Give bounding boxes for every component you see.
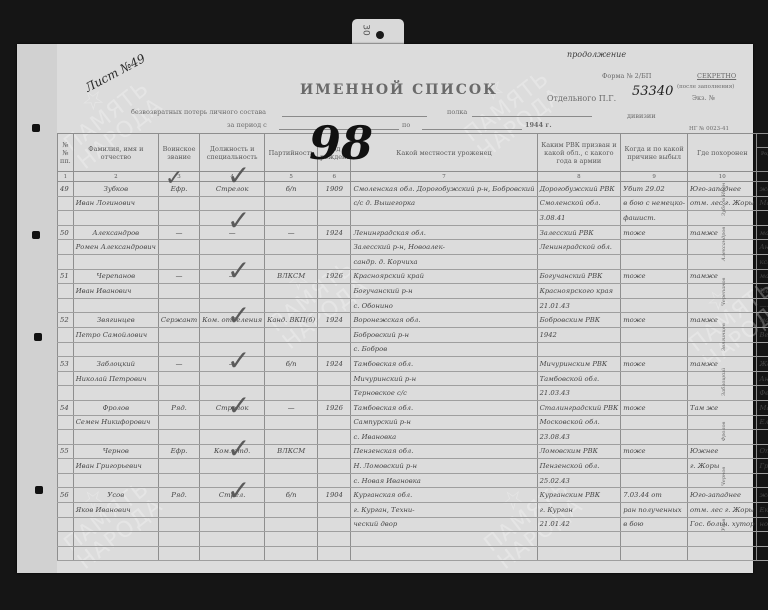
- checkmark-icon: ✓: [227, 204, 250, 237]
- cell-name-block: [73, 386, 158, 401]
- cell-born: [318, 327, 351, 342]
- cell-relative: [757, 430, 768, 445]
- cell-when: фашист.: [621, 211, 688, 226]
- col-header: Когда и по какой причине выбыл: [621, 134, 688, 172]
- cell-when: тоже: [621, 357, 688, 372]
- cell-name-block: [73, 517, 158, 532]
- margin-note: Чернов: [721, 444, 727, 486]
- col-number: 2: [73, 172, 158, 182]
- cell-born: [318, 503, 351, 518]
- cell-born: [318, 415, 351, 430]
- margin-notes: Зубков Иван Александров Черепанов Звягин…: [721, 174, 749, 534]
- cell-draft: Богучанский РВК: [537, 269, 621, 284]
- cell-when: тоже: [621, 313, 688, 328]
- checkmark-icon: ✓: [227, 159, 250, 192]
- cell-relative: мать Звягинцева: [757, 313, 768, 328]
- cell-rank: [158, 371, 199, 386]
- cell-born: [318, 196, 351, 211]
- cell-rank: [158, 284, 199, 299]
- col-number: 7: [351, 172, 537, 182]
- regiment-label: полка: [447, 108, 467, 116]
- cell-rank: [158, 430, 199, 445]
- cell-name-block: Фролов: [73, 400, 158, 415]
- empty-cell: [73, 546, 158, 561]
- cell-rank: [158, 503, 199, 518]
- empty-row: [58, 546, 768, 561]
- cell-rank: —: [158, 225, 199, 240]
- table-row-continuation: Ромен АлександровичЗалесский р-н, Новоал…: [58, 240, 768, 255]
- checkmark-icon: ✓: [227, 299, 250, 332]
- cell-origin: Н. Ломовский р-н: [351, 459, 537, 474]
- cell-origin: сандр. д. Корчиха: [351, 254, 537, 269]
- cell-relative: Жена Заблоцкая: [757, 357, 768, 372]
- cell-party: [265, 459, 318, 474]
- cell-when: в бою: [621, 517, 688, 532]
- cell-draft: Ломовским РВК: [537, 444, 621, 459]
- fill-line: [422, 129, 522, 130]
- cell-origin: Пензенская обл.: [351, 444, 537, 459]
- cell-when: ран полученных: [621, 503, 688, 518]
- table-row: 55ЧерновЕфр.Ком. отд.ВЛКСМПензенская обл…: [58, 444, 768, 459]
- cell-when: [621, 386, 688, 401]
- cell-origin: Смоленская обл. Дорогобужский р-н, Бобро…: [351, 182, 537, 197]
- cell-n: [58, 327, 74, 342]
- margin-note: Заблоцкий: [721, 354, 727, 396]
- cell-rank: [158, 459, 199, 474]
- table-row-continuation: Николай ПетровичМичуринский р-нТамбовско…: [58, 371, 768, 386]
- cell-party: [265, 284, 318, 299]
- table-row-continuation: с. Ивановка23.08.43д. 37 кв. 6: [58, 430, 768, 445]
- margin-note: Усов: [721, 489, 727, 531]
- margin-note: Александров: [721, 219, 727, 261]
- empty-cell: [158, 546, 199, 561]
- col-header: Родственники (отчество, фамилия, имя и о…: [757, 148, 768, 171]
- cell-born: [318, 211, 351, 226]
- table-row: 56УсовРяд.Стрел.б/п1904Курганская обл.Ку…: [58, 488, 768, 503]
- cell-origin: [351, 211, 537, 226]
- table-row-continuation: Иван ГригорьевичН. Ломовский р-нПензенск…: [58, 459, 768, 474]
- cell-draft: Московской обл.: [537, 415, 621, 430]
- cell-n: [58, 517, 74, 532]
- cell-born: [318, 459, 351, 474]
- cell-born: [318, 298, 351, 313]
- cell-name-block: Иван Григорьевич: [73, 459, 158, 474]
- table-row-continuation: Терновское с/с21.03.43ФедоровнаТерновско…: [58, 386, 768, 401]
- cell-draft: Сталинградский РВК: [537, 400, 621, 415]
- cell-when: тоже: [621, 444, 688, 459]
- empty-cell: [757, 546, 768, 561]
- empty-cell: [757, 532, 768, 547]
- cell-origin: Бобровский р-н: [351, 327, 537, 342]
- empty-cell: [351, 546, 537, 561]
- cell-relative: жена Зубкова: [757, 182, 768, 197]
- cell-party: [265, 473, 318, 488]
- cell-draft: Пензенской обл.: [537, 459, 621, 474]
- cell-rank: Сержант: [158, 313, 199, 328]
- division-label: дивизии: [627, 112, 656, 120]
- cell-relative: Федоровна: [757, 386, 768, 401]
- year-label: 1944 г.: [525, 121, 552, 129]
- table-row-continuation: Семен НикифоровичСампурский р-нМосковско…: [58, 415, 768, 430]
- cell-born: [318, 430, 351, 445]
- table-row-continuation: 3.08.41фашист.д. Вышегорка: [58, 211, 768, 226]
- margin-note: Звягинцев: [721, 309, 727, 351]
- cell-when: [621, 473, 688, 488]
- empty-cell: [265, 532, 318, 547]
- cell-origin: с. Бобров: [351, 342, 537, 357]
- cell-born: [318, 386, 351, 401]
- table-row: 53Заблоцкий——б/п1924Тамбовская обл.Мичур…: [58, 357, 768, 372]
- cell-relative: жена Усова: [757, 488, 768, 503]
- cell-party: [265, 327, 318, 342]
- cell-born: 1909: [318, 182, 351, 197]
- table-row-continuation: ческий двор21.01.42в боюГос. больн. хуто…: [58, 517, 768, 532]
- empty-cell: [537, 532, 621, 547]
- cell-born: [318, 342, 351, 357]
- cell-name-block: [73, 473, 158, 488]
- cell-relative: ксандровна: [757, 254, 768, 269]
- cell-party: [265, 240, 318, 255]
- empty-cell: [73, 532, 158, 547]
- cell-n: [58, 459, 74, 474]
- cell-origin: г. Курган, Техни-: [351, 503, 537, 518]
- cell-rank: Ряд.: [158, 488, 199, 503]
- cell-relative: Григорий Иванович: [757, 459, 768, 474]
- checkmark-icon: ✓: [165, 166, 183, 191]
- cell-when: [621, 254, 688, 269]
- cell-relative: [757, 211, 768, 226]
- cell-draft: Ленинградской обл.: [537, 240, 621, 255]
- col-header: Фамилия, имя и отчество: [73, 134, 158, 172]
- cell-draft: Смоленской обл.: [537, 196, 621, 211]
- empty-cell: [158, 532, 199, 547]
- punch-hole: [376, 31, 384, 39]
- cell-draft: 1942: [537, 327, 621, 342]
- table-row-continuation: Иван ИвановичБогучанский р-нКрасноярског…: [58, 284, 768, 299]
- empty-cell: [200, 532, 265, 547]
- cell-rank: [158, 196, 199, 211]
- cell-born: 1924: [318, 357, 351, 372]
- cell-name-block: [73, 342, 158, 357]
- cell-n: [58, 473, 74, 488]
- cell-origin: Богучанский р-н: [351, 284, 537, 299]
- cell-origin: Ленинградская обл.: [351, 225, 537, 240]
- cell-rank: [158, 473, 199, 488]
- empty-row: [58, 532, 768, 547]
- cell-relative: Мария Логиновна: [757, 196, 768, 211]
- cell-draft: Мичуринским РВК: [537, 357, 621, 372]
- cell-origin: Воронежская обл.: [351, 313, 537, 328]
- cell-n: [58, 503, 74, 518]
- cell-n: [58, 386, 74, 401]
- col-number: 8: [537, 172, 621, 182]
- cell-relative: Елена Андреевна: [757, 415, 768, 430]
- col-header: Каким РВК призван и какой обл., с какого…: [537, 134, 621, 172]
- table-row-continuation: Петро СамойловичБобровский р-н1942Вера С…: [58, 327, 768, 342]
- cell-n: [58, 211, 74, 226]
- cell-born: 1924: [318, 225, 351, 240]
- cell-origin: Тамбовская обл.: [351, 400, 537, 415]
- punch-mark: [34, 333, 42, 341]
- margin-note: Фролов: [721, 399, 727, 441]
- cell-draft: Курганским РВК: [537, 488, 621, 503]
- cell-rank: —: [158, 357, 199, 372]
- cell-born: [318, 254, 351, 269]
- sheet-number-note: Лист №49: [83, 51, 148, 94]
- cell-position: [200, 517, 265, 532]
- table-row: 50Александров———1924Ленинградская обл.За…: [58, 225, 768, 240]
- table-row: 51Черепанов——ВЛКСМ1926Красноярский крайБ…: [58, 269, 768, 284]
- copy-label: Экз. №: [692, 94, 715, 102]
- cell-rank: [158, 211, 199, 226]
- checkmark-icon: ✓: [227, 254, 250, 287]
- cell-draft: [537, 254, 621, 269]
- tab-number: 30: [361, 24, 371, 35]
- cell-party: [265, 371, 318, 386]
- table-row-continuation: с. Бобровс. Бобров: [58, 342, 768, 357]
- cell-name-block: [73, 254, 158, 269]
- cell-name-block: Николай Петрович: [73, 371, 158, 386]
- cell-origin: с. Ивановка: [351, 430, 537, 445]
- group-header-label: БЛИЖАЙШИЕ РОДСТВЕННИКИ: [757, 134, 768, 148]
- cell-party: [265, 196, 318, 211]
- cell-n: 49: [58, 182, 74, 197]
- cell-name-block: Иван Иванович: [73, 284, 158, 299]
- cell-name-block: Петро Самойлович: [73, 327, 158, 342]
- cell-party: [265, 342, 318, 357]
- cell-when: тоже: [621, 269, 688, 284]
- cell-n: [58, 196, 74, 211]
- cell-when: в бою с немецко-: [621, 196, 688, 211]
- cell-when: тоже: [621, 225, 688, 240]
- cell-when: [621, 459, 688, 474]
- fill-line: [472, 116, 592, 117]
- cell-relative: Отец Чернов: [757, 444, 768, 459]
- cell-name-block: [73, 298, 158, 313]
- table-row-continuation: сандр. д. Корчихаксандровнасандр. д. Кор…: [58, 254, 768, 269]
- cell-when: [621, 327, 688, 342]
- cell-draft: Красноярского края: [537, 284, 621, 299]
- cell-born: [318, 371, 351, 386]
- cell-relative: ——: [757, 298, 768, 313]
- document-title: ИМЕННОЙ СПИСОК: [300, 82, 498, 98]
- cell-when: [621, 430, 688, 445]
- cell-n: [58, 298, 74, 313]
- cell-rank: [158, 254, 199, 269]
- cell-party: [265, 211, 318, 226]
- cell-party: —: [265, 400, 318, 415]
- cell-name-block: [73, 430, 158, 445]
- cell-n: [58, 342, 74, 357]
- table-row: 52ЗвягинцевСержантКом. отделенияКанд. ВК…: [58, 313, 768, 328]
- cell-when: [621, 298, 688, 313]
- cell-when: [621, 240, 688, 255]
- unit-number: 53340: [632, 84, 673, 99]
- cell-name-block: Семен Никифорович: [73, 415, 158, 430]
- cell-party: —: [265, 225, 318, 240]
- cell-position: [200, 240, 265, 255]
- cell-origin: с. Обонино: [351, 298, 537, 313]
- cell-name-block: Зубков: [73, 182, 158, 197]
- document-page: ☆ПАМЯТЬНАРОДА ☆ПАМЯТЬНАРОДА ☆ПАМЯТЬНАРОД…: [17, 44, 753, 573]
- period-from-label: за период с: [227, 121, 267, 129]
- cell-n: 51: [58, 269, 74, 284]
- subtitle-losses: безвозвратных потерь личного состава: [131, 108, 266, 116]
- cell-born: [318, 517, 351, 532]
- cell-n: 52: [58, 313, 74, 328]
- cell-born: 1904: [318, 488, 351, 503]
- form-label: Форма № 2/БП: [602, 72, 651, 80]
- cell-born: [318, 284, 351, 299]
- cell-name-block: Черепанов: [73, 269, 158, 284]
- cell-party: [265, 254, 318, 269]
- cell-origin: Терновское с/с: [351, 386, 537, 401]
- cell-party: [265, 430, 318, 445]
- punch-mark: [32, 231, 40, 239]
- cell-relative: мать Черепанова: [757, 269, 768, 284]
- cell-relative: новна: [757, 517, 768, 532]
- cell-name-block: Александров: [73, 225, 158, 240]
- cell-rank: —: [158, 269, 199, 284]
- punch-mark: [35, 486, 43, 494]
- cell-draft: Тамбовской обл.: [537, 371, 621, 386]
- empty-cell: [351, 532, 537, 547]
- cell-relative: Екатерина Ива-: [757, 503, 768, 518]
- cell-relative: [757, 342, 768, 357]
- col-number: 1: [58, 172, 74, 182]
- empty-cell: [688, 546, 757, 561]
- cell-when: 7.03.44 от: [621, 488, 688, 503]
- cell-rank: [158, 240, 199, 255]
- cell-rank: Ефр.: [158, 444, 199, 459]
- cell-when: тоже: [621, 400, 688, 415]
- relatives-group-header: БЛИЖАЙШИЕ РОДСТВЕННИКИ Родственники (отч…: [757, 134, 768, 172]
- checkmark-icon: ✓: [227, 389, 250, 422]
- cell-draft: [537, 342, 621, 357]
- cell-rank: Ряд.: [158, 400, 199, 415]
- cell-origin: ческий двор: [351, 517, 537, 532]
- margin-note: Зубков Иван: [721, 174, 727, 216]
- empty-cell: [58, 546, 74, 561]
- cell-draft: г. Курган: [537, 503, 621, 518]
- cell-relative: Мать Фролова: [757, 400, 768, 415]
- order-ref: НГ № 0023-41: [689, 126, 729, 132]
- cell-origin: с/с д. Вышегорка: [351, 196, 537, 211]
- cell-party: Канд. ВКП(б): [265, 313, 318, 328]
- cell-draft: 3.08.41: [537, 211, 621, 226]
- cell-draft: Бобровским РВК: [537, 313, 621, 328]
- empty-cell: [621, 532, 688, 547]
- col-number: 5: [265, 172, 318, 182]
- cell-rank: [158, 386, 199, 401]
- cell-draft: Залесский РВК: [537, 225, 621, 240]
- cell-n: [58, 415, 74, 430]
- cell-origin: Тамбовская обл.: [351, 357, 537, 372]
- col-number: 6: [318, 172, 351, 182]
- cell-relative: Ивд. Никитична: [757, 284, 768, 299]
- table-row-continuation: с. Новая Ивановка25.02.43с. Новая Иванов…: [58, 473, 768, 488]
- col-number: 11: [757, 172, 768, 182]
- cell-relative: Ан. Александровна Але-: [757, 240, 768, 255]
- cell-rank: [158, 342, 199, 357]
- cell-born: 1926: [318, 400, 351, 415]
- cell-rank: [158, 517, 199, 532]
- cell-party: б/п: [265, 488, 318, 503]
- cell-when: [621, 415, 688, 430]
- cell-name-block: Звягинцев: [73, 313, 158, 328]
- table-row: 54ФроловРяд.Стрелок—1926Тамбовская обл.С…: [58, 400, 768, 415]
- cell-draft: 21.01.42: [537, 517, 621, 532]
- cell-when: [621, 284, 688, 299]
- cell-name-block: Иван Логинович: [73, 196, 158, 211]
- cell-name-block: Чернов: [73, 444, 158, 459]
- cell-relative: мать Александрова: [757, 225, 768, 240]
- cell-origin: с. Новая Ивановка: [351, 473, 537, 488]
- cell-draft: 25.02.43: [537, 473, 621, 488]
- continuation-note: продолжение: [567, 50, 626, 59]
- checkmark-icon: ✓: [227, 432, 250, 465]
- table-row-continuation: Иван Логиновичс/с д. ВышегоркаСмоленской…: [58, 196, 768, 211]
- cell-n: [58, 371, 74, 386]
- margin-note: Черепанов: [721, 264, 727, 306]
- punch-mark: [32, 124, 40, 132]
- cell-n: [58, 254, 74, 269]
- cell-n: 53: [58, 357, 74, 372]
- empty-cell: [621, 546, 688, 561]
- cell-name-block: [73, 211, 158, 226]
- cell-party: [265, 386, 318, 401]
- cell-party: б/п: [265, 357, 318, 372]
- cell-n: 56: [58, 488, 74, 503]
- cell-name-block: Ромен Александрович: [73, 240, 158, 255]
- table-row-continuation: с. Обонино21.01.43——с. Обонино: [58, 298, 768, 313]
- secret-label: СЕКРЕТНО: [697, 72, 736, 80]
- cell-when: [621, 371, 688, 386]
- cell-draft: 21.01.43: [537, 298, 621, 313]
- unit-type: Отдельного П.Г.: [547, 94, 616, 103]
- cell-origin: Мичуринский р-н: [351, 371, 537, 386]
- cell-n: [58, 284, 74, 299]
- cell-origin: Сампурский р-н: [351, 415, 537, 430]
- cell-party: [265, 415, 318, 430]
- col-header: Где похоронен: [688, 134, 757, 172]
- cell-party: [265, 503, 318, 518]
- cell-n: [58, 430, 74, 445]
- empty-cell: [58, 532, 74, 547]
- cell-origin: Залесский р-н, Новоалек-: [351, 240, 537, 255]
- col-header: №№ пп.: [58, 134, 74, 172]
- big-handwritten-mark: 98: [309, 116, 373, 170]
- period-to-label: по: [402, 121, 410, 129]
- cell-party: [265, 298, 318, 313]
- cell-party: ВЛКСМ: [265, 444, 318, 459]
- cell-rank: [158, 298, 199, 313]
- cell-party: ВЛКСМ: [265, 269, 318, 284]
- cell-name-block: Усов: [73, 488, 158, 503]
- cell-draft: 23.08.43: [537, 430, 621, 445]
- col-number: 9: [621, 172, 688, 182]
- checkmark-icon: ✓: [227, 474, 250, 507]
- cell-draft: Дорогобужский РВК: [537, 182, 621, 197]
- table-row-continuation: Яков Ивановичг. Курган, Техни-г. Курганр…: [58, 503, 768, 518]
- cell-n: 55: [58, 444, 74, 459]
- cell-n: 50: [58, 225, 74, 240]
- cell-party: [265, 517, 318, 532]
- cell-origin: Красноярский край: [351, 269, 537, 284]
- cell-n: [58, 240, 74, 255]
- cell-born: [318, 444, 351, 459]
- empty-cell: [537, 546, 621, 561]
